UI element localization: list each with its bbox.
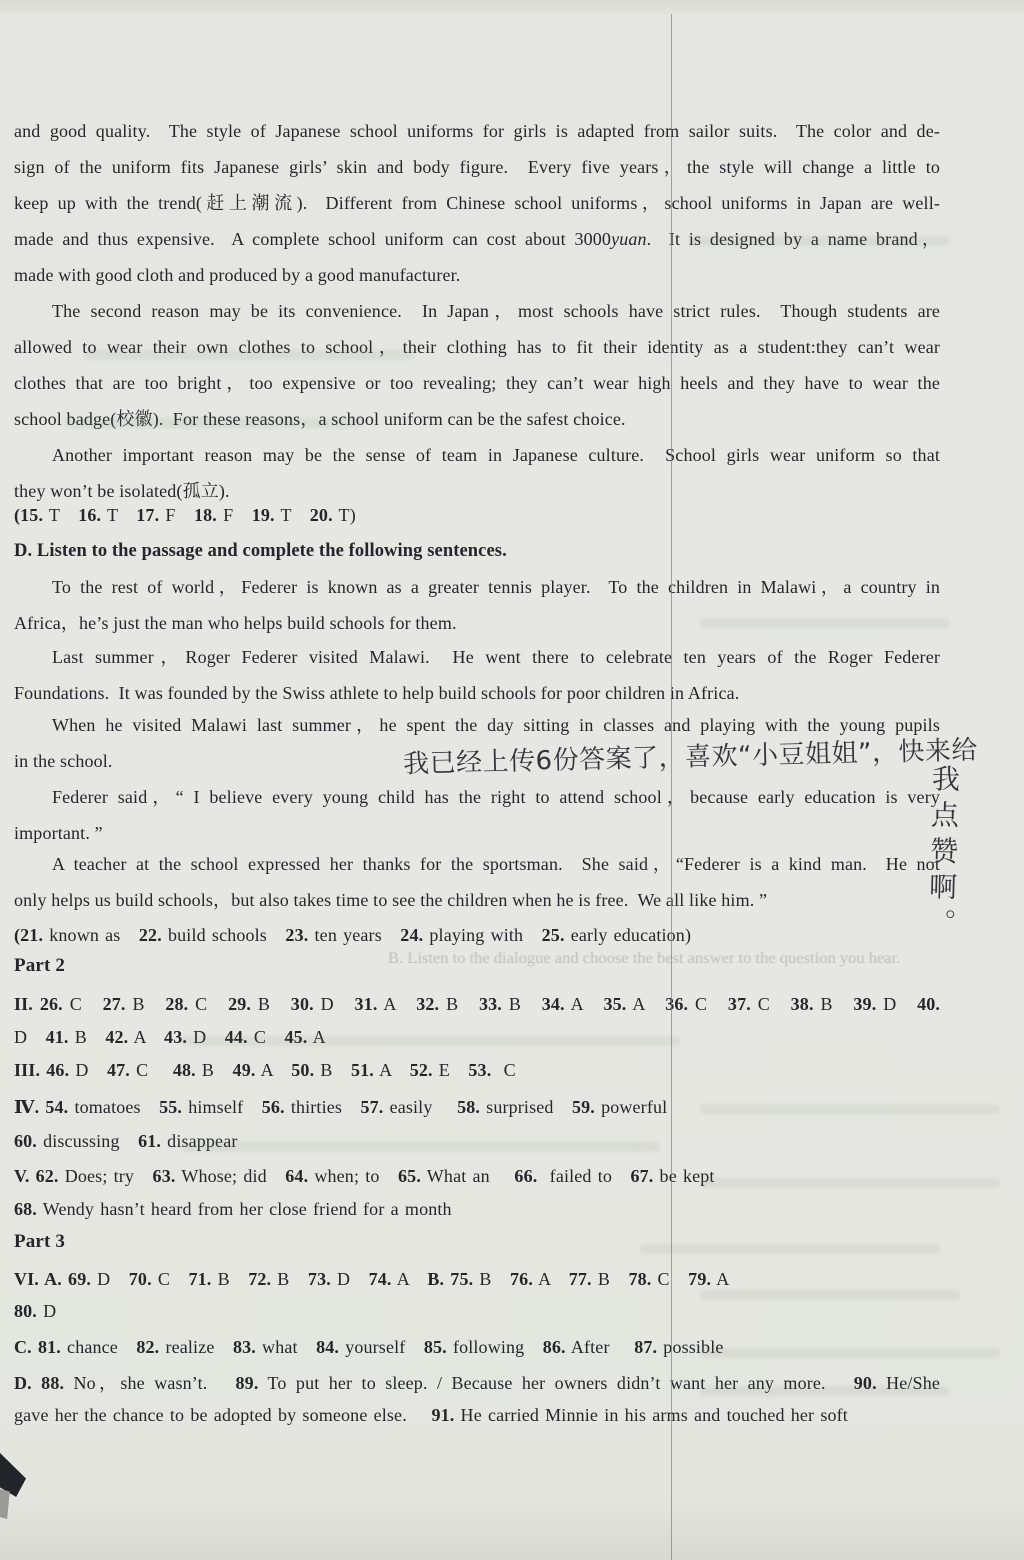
text-line: V. 62. Does; try 63. Whose; did 64. when… [14,1160,940,1193]
bleed-through-smudge [640,1244,940,1254]
scanned-answer-page: and good quality. The style of Japanese … [0,0,1024,1560]
bleed-through-smudge [700,1178,1000,1188]
answers-15-20: (15. T 16. T 17. F 18. F 19. T 20. T) [14,497,940,533]
bleed-through-text: B. Listen to the dialogue and choose the… [388,949,1024,968]
bleed-through-smudge [688,236,950,246]
text-line: The second reason may be its convenience… [14,293,940,329]
text-line: and good quality. The style of Japanese … [14,113,940,149]
text-line: sign of the uniform fits Japanese girls’… [14,149,940,185]
text-line: III. 46. D 47. C 48. B 49. A 50. B 51. A… [14,1054,940,1087]
text-line: To the rest of world，Federer is known as… [14,569,940,605]
text-line: made with good cloth and produced by a g… [14,257,940,293]
text-line: only helps us build schools，but also tak… [14,882,940,918]
text-line: C. 81. chance 82. realize 83. what 84. y… [14,1331,940,1363]
text-line: D. Listen to the passage and complete th… [14,533,940,569]
para-federer-2: Last summer，Roger Federer visited Malawi… [14,639,940,711]
text-line: Last summer，Roger Federer visited Malawi… [14,639,940,675]
bleed-through-smudge [700,618,950,628]
answers-III: III. 46. D 47. C 48. B 49. A 50. B 51. A… [14,1054,940,1087]
para-uniform-2: The second reason may be its convenience… [14,293,940,437]
para-federer-4: Federer said，“ I believe every young chi… [14,779,940,851]
bleed-through-smudge [700,1348,1000,1358]
answers-C: C. 81. chance 82. realize 83. what 84. y… [14,1331,940,1363]
page-crease-line [671,14,672,1560]
text-line: Another important reason may be the sens… [14,437,940,473]
text-line: 60. discussing 61. disappear [14,1124,940,1158]
para-federer-1: To the rest of world，Federer is known as… [14,569,940,641]
text-line: Federer said，“ I believe every young chi… [14,779,940,815]
bleed-through-smudge [84,350,414,360]
bleed-through-smudge [700,1290,960,1300]
bleed-through-smudge [180,1036,680,1046]
text-line: 68. Wendy hasn’t heard from her close fr… [14,1193,940,1226]
bleed-through-smudge [64,418,364,428]
bleed-through-smudge [700,1386,950,1396]
text-line: II. 26. C 27. B 28. C 29. B 30. D 31. A … [14,988,940,1021]
para-federer-5: A teacher at the school expressed her th… [14,846,940,918]
answers-D: D. 88. No，she wasn’t. 89. To put her to … [14,1367,940,1431]
text-line: A teacher at the school expressed her th… [14,846,940,882]
para-uniform-1: and good quality. The style of Japanese … [14,113,940,293]
text-line: clothes that are too bright，too expensiv… [14,365,940,401]
text-line: Foundations. It was founded by the Swiss… [14,675,940,711]
bleed-through-smudge [180,1142,660,1152]
text-line: (15. T 16. T 17. F 18. F 19. T 20. T) [14,497,940,533]
text-line: keep up with the trend(赶上潮流). Different … [14,185,940,221]
handwriting-margin-note: 我点赞啊。 [920,764,965,945]
section-d-heading: D. Listen to the passage and complete th… [14,533,940,569]
bleed-through-smudge [700,1104,1000,1114]
text-line: gave her the chance to be adopted by som… [14,1399,940,1431]
answers-V: V. 62. Does; try 63. Whose; did 64. when… [14,1160,940,1226]
